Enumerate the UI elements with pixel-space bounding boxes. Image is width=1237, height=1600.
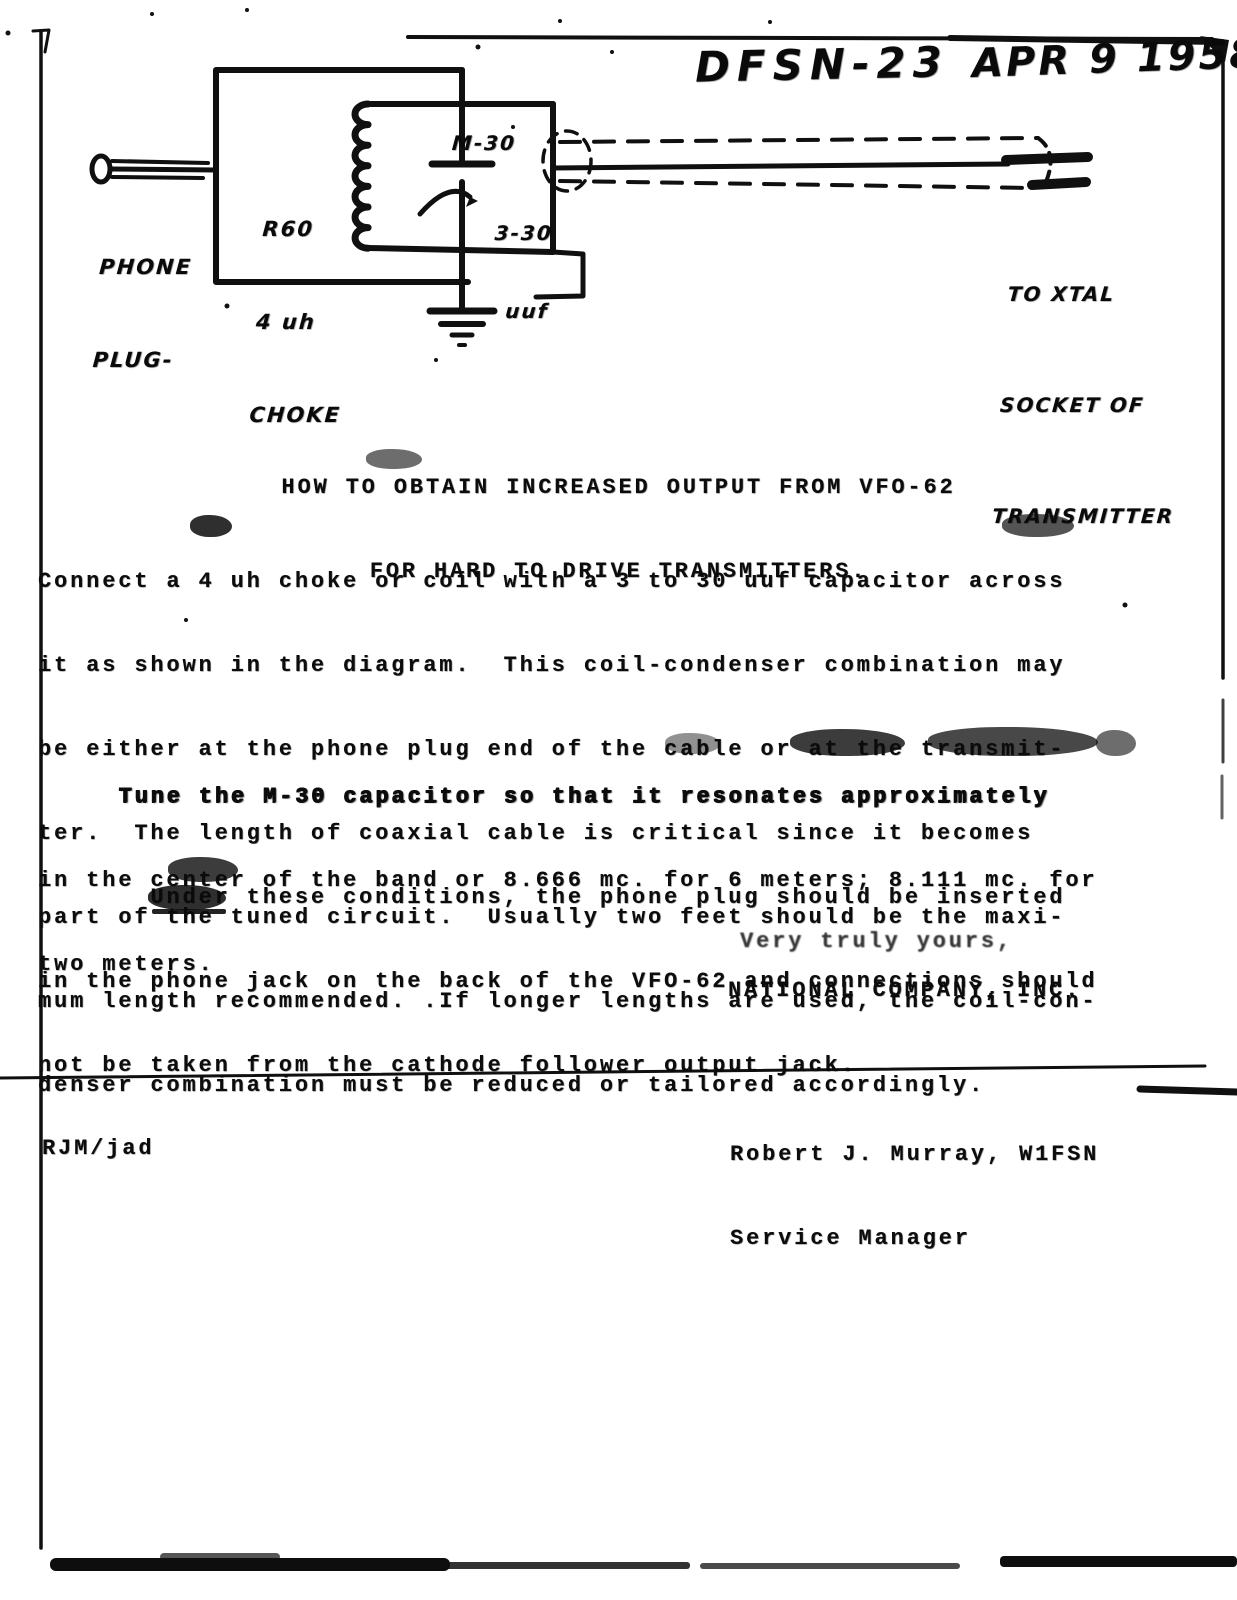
ink-blot bbox=[168, 857, 238, 882]
ink-blot bbox=[1002, 514, 1074, 537]
ink-underline-mark bbox=[152, 909, 226, 914]
coax-destination-line: TO XTAL bbox=[1006, 276, 1190, 313]
ink-blot bbox=[928, 727, 1098, 756]
doc-number-annotation: DFSN-23 bbox=[695, 37, 950, 91]
text-line: Tune the M-30 capacitor so that it reson… bbox=[38, 783, 1097, 811]
signature-name: Robert J. Murray, W1FSN bbox=[730, 1141, 1099, 1169]
closing-company: NATIONAL COMPANY, INC. bbox=[728, 977, 1081, 1005]
trimmer-value-line: 3-30 bbox=[494, 220, 555, 246]
choke-label-line: R60 bbox=[261, 214, 355, 245]
ink-blot bbox=[790, 729, 905, 756]
text-line: Connect a 4 uh choke or coil with a 3 to… bbox=[38, 568, 1097, 596]
phone-plug-label-line: PLUG- bbox=[92, 345, 187, 376]
date-stamp-annotation: APR 9 1958 bbox=[971, 31, 1237, 87]
phone-plug-label: PHONE PLUG- bbox=[87, 190, 197, 438]
letter-title-line1: HOW TO OBTAIN INCREASED OUTPUT FROM VFO-… bbox=[0, 474, 1237, 502]
ink-blot bbox=[1096, 730, 1136, 756]
reference-initials: RJM/jad bbox=[42, 1135, 154, 1163]
ink-blot bbox=[366, 449, 422, 469]
phone-plug-label-line: PHONE bbox=[98, 252, 193, 283]
signature-title: Service Manager bbox=[730, 1225, 1099, 1253]
phone-plug-icon bbox=[92, 156, 216, 182]
coax-cable-icon bbox=[543, 131, 1088, 191]
bottom-scan-band bbox=[50, 1553, 1237, 1571]
ink-blot bbox=[148, 885, 226, 910]
fold-crease-end bbox=[1140, 1089, 1237, 1092]
text-line: it as shown in the diagram. This coil-co… bbox=[38, 652, 1097, 680]
ground-icon bbox=[430, 311, 494, 345]
signature-block: Robert J. Murray, W1FSN Service Manager bbox=[730, 1085, 1099, 1309]
trimmer-name-label: M-30 bbox=[451, 128, 517, 159]
ink-blot bbox=[190, 515, 232, 537]
text-line: not be taken from the cathode follower o… bbox=[38, 1052, 1097, 1080]
trimmer-value-line: uuf bbox=[488, 298, 549, 324]
ink-blot bbox=[665, 733, 720, 754]
closing-valediction: Very truly yours, bbox=[740, 928, 1013, 956]
scanned-letter-page: DFSN-23 APR 9 1958 PHONE PLUG- R60 4 uh … bbox=[0, 0, 1237, 1600]
choke-label-line: 4 uh bbox=[255, 307, 349, 338]
